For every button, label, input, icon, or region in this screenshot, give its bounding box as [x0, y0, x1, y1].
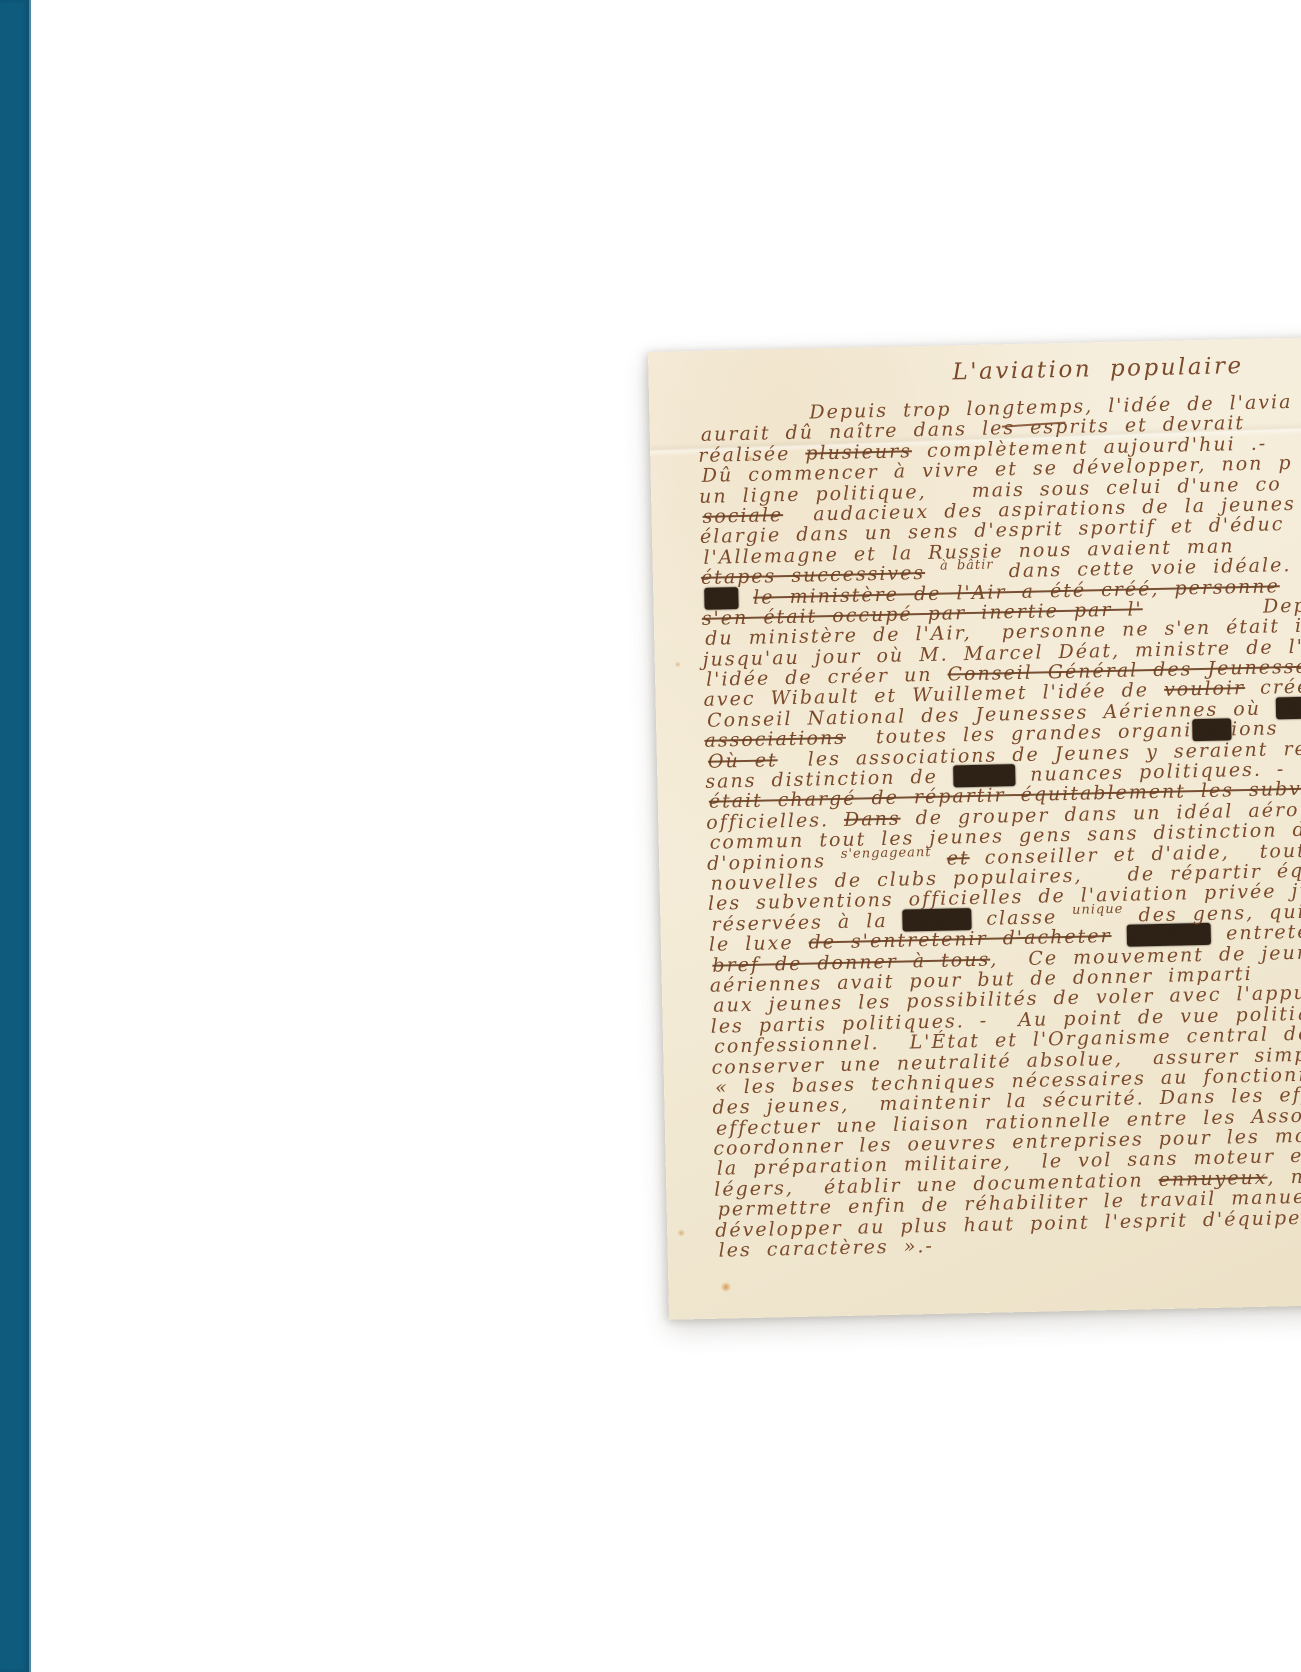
- left-accent-bar: [0, 0, 31, 1672]
- handwritten-text: les caractères ».-: [718, 1235, 934, 1262]
- interline-insertion: s'engageant: [841, 843, 932, 865]
- handwritten-text: [738, 586, 754, 608]
- interline-insertion: unique: [1072, 900, 1124, 922]
- foxing-spot: [677, 1229, 685, 1236]
- manuscript-title: L'aviation populaire: [952, 353, 1244, 385]
- foxing-spot: [675, 661, 681, 667]
- ink-blot: tout: [1276, 696, 1301, 719]
- foxing-spot: [720, 1282, 731, 1291]
- ink-blot: haute: [902, 908, 971, 931]
- manuscript-page: L'aviation populaire Depuis trop longtem…: [648, 336, 1301, 1320]
- handwritten-text: [925, 562, 941, 584]
- ink-blot: sat: [1192, 719, 1231, 742]
- interline-insertion: à bâtir: [940, 556, 994, 578]
- handwritten-text: [1111, 925, 1127, 947]
- handwritten-text: classe: [971, 906, 1072, 930]
- ink-blot: Ce: [704, 587, 738, 610]
- struck-out-text: sociale: [702, 504, 783, 528]
- struck-out-text: et: [947, 847, 970, 869]
- handwritten-text: réservées à la: [711, 909, 903, 935]
- struck-out-text: Où et: [708, 749, 778, 773]
- manuscript-text-block: Depuis trop longtemps, l'idée de l'aviaa…: [697, 388, 1301, 1261]
- photo-canvas: L'aviation populaire Depuis trop longtem…: [0, 0, 1301, 1672]
- handwritten-text: [931, 847, 947, 869]
